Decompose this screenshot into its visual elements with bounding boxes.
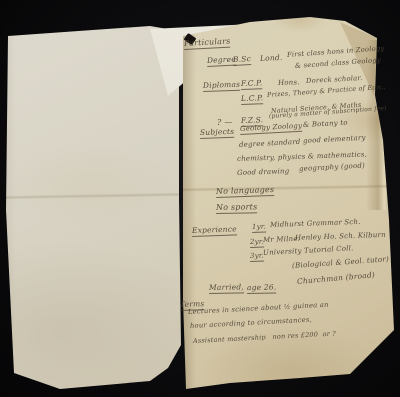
handwriting-line: Lond. (260, 53, 283, 63)
dust-speck (74, 334, 76, 336)
handwriting-line: Married, (209, 282, 244, 293)
handwriting-line: 1yr. (252, 223, 266, 233)
handwriting-label-subjects: Subjects (200, 127, 235, 139)
handwriting-label-experience: Experience (192, 224, 237, 236)
handwriting-label-degree: Degree (207, 54, 236, 66)
handwriting-line: age 26. (247, 282, 277, 293)
handwriting-no-sports: No sports (216, 202, 258, 213)
handwriting-line: B.Sc (233, 54, 252, 65)
handwriting-label-diplomas: Diplomas (203, 80, 241, 92)
photo-of-manuscript: Particulars Degree B.Sc Lond. First clas… (0, 0, 400, 397)
handwriting-line: L.C.P. (241, 93, 264, 104)
handwriting-line: ? — (217, 117, 233, 127)
handwriting-line: F.C.P. (241, 78, 263, 89)
handwriting-line: Hons. (278, 78, 300, 87)
handwriting-no-languages: No languages (216, 185, 275, 198)
